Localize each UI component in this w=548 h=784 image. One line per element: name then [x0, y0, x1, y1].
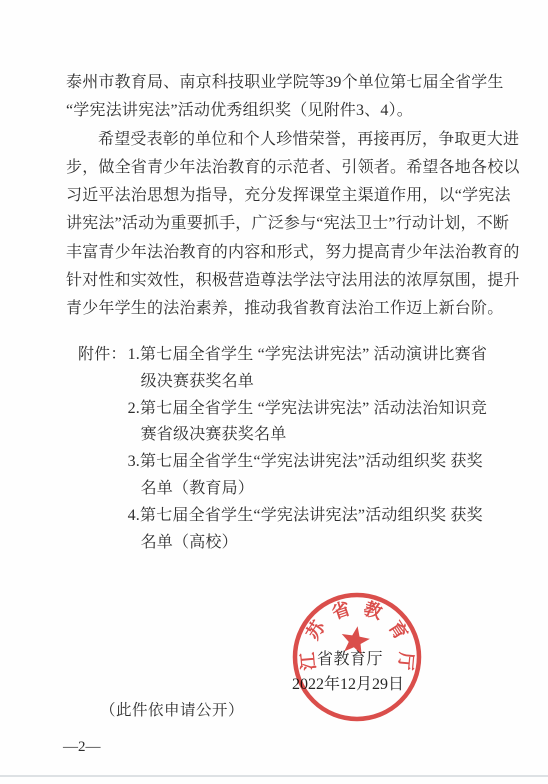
document-page: 泰州市教育局、南京科技职业学院等39个单位第七届全省学生“学宪法讲宪法”活动优秀…: [0, 0, 548, 784]
attachment-item: 3.第七届全省学生“学宪法讲宪法”活动组织奖 获奖名单（教育局）: [128, 449, 487, 503]
body-line: 步，做全省青少年法治教育的示范者、引领者。希望各地各校以: [66, 154, 496, 182]
body-line: 针对性和实效性，积极营造尊法学法守法用法的浓厚氛围，提升: [66, 267, 496, 295]
body-line: 丰富青少年法治教育的内容和形式，努力提高青少年法治教育的: [66, 239, 496, 267]
seal-arc-char: 江: [297, 650, 319, 671]
attachment-line: 1.第七届全省学生 “学宪法讲宪法” 活动演讲比赛省: [128, 342, 487, 369]
body-line: 习近平法治思想为指导，充分发挥课堂主渠道作用，以“学宪法: [66, 182, 496, 210]
body-line: 青少年学生的法治素养，推动我省教育法治工作迈上新台阶。: [66, 295, 496, 323]
attachments-items: 1.第七届全省学生 “学宪法讲宪法” 活动演讲比赛省级决赛获奖名单2.第七届全省…: [128, 342, 487, 556]
attachment-line-continuation: 级决赛获奖名单: [128, 369, 487, 396]
body-line: 讲宪法”活动为重要抓手，广泛参与“宪法卫士”行动计划，不断: [66, 210, 496, 238]
attachments-label: 附件：: [78, 342, 127, 556]
attachments-section: 附件： 1.第七届全省学生 “学宪法讲宪法” 活动演讲比赛省级决赛获奖名单2.第…: [78, 342, 487, 556]
body-line: “学宪法讲宪法”活动优秀组织奖（见附件3、4）。: [66, 97, 496, 125]
attachment-item: 1.第七届全省学生 “学宪法讲宪法” 活动演讲比赛省级决赛获奖名单: [128, 342, 487, 396]
attachment-line: 4.第七届全省学生“学宪法讲宪法”活动组织奖 获奖: [128, 503, 487, 530]
attachment-item: 2.第七届全省学生 “学宪法讲宪法” 活动法治知识竞赛省级决赛获奖名单: [128, 396, 487, 450]
seal-arc-char: 厅: [395, 650, 417, 671]
disclosure-note: （此件依申请公开）: [100, 698, 244, 720]
scan-edge-line: [0, 775, 548, 777]
attachment-line-continuation: 名单（教育局）: [128, 476, 487, 503]
attachment-line: 3.第七届全省学生“学宪法讲宪法”活动组织奖 获奖: [128, 449, 487, 476]
attachment-line: 2.第七届全省学生 “学宪法讲宪法” 活动法治知识竞: [128, 396, 487, 423]
seal-star-icon: [339, 624, 372, 656]
page-number: —2—: [63, 739, 101, 756]
body-line: 泰州市教育局、南京科技职业学院等39个单位第七届全省学生: [66, 69, 496, 97]
body-line: 希望受表彰的单位和个人珍惜荣誉，再接再厉，争取更大进: [66, 126, 496, 154]
attachment-line-continuation: 赛省级决赛获奖名单: [128, 422, 487, 449]
attachment-item: 4.第七届全省学生“学宪法讲宪法”活动组织奖 获奖名单（高校）: [128, 503, 487, 557]
official-seal: 江苏省教育厅: [277, 577, 437, 737]
attachment-line-continuation: 名单（高校）: [128, 530, 487, 557]
body-text: 泰州市教育局、南京科技职业学院等39个单位第七届全省学生“学宪法讲宪法”活动优秀…: [66, 69, 496, 324]
